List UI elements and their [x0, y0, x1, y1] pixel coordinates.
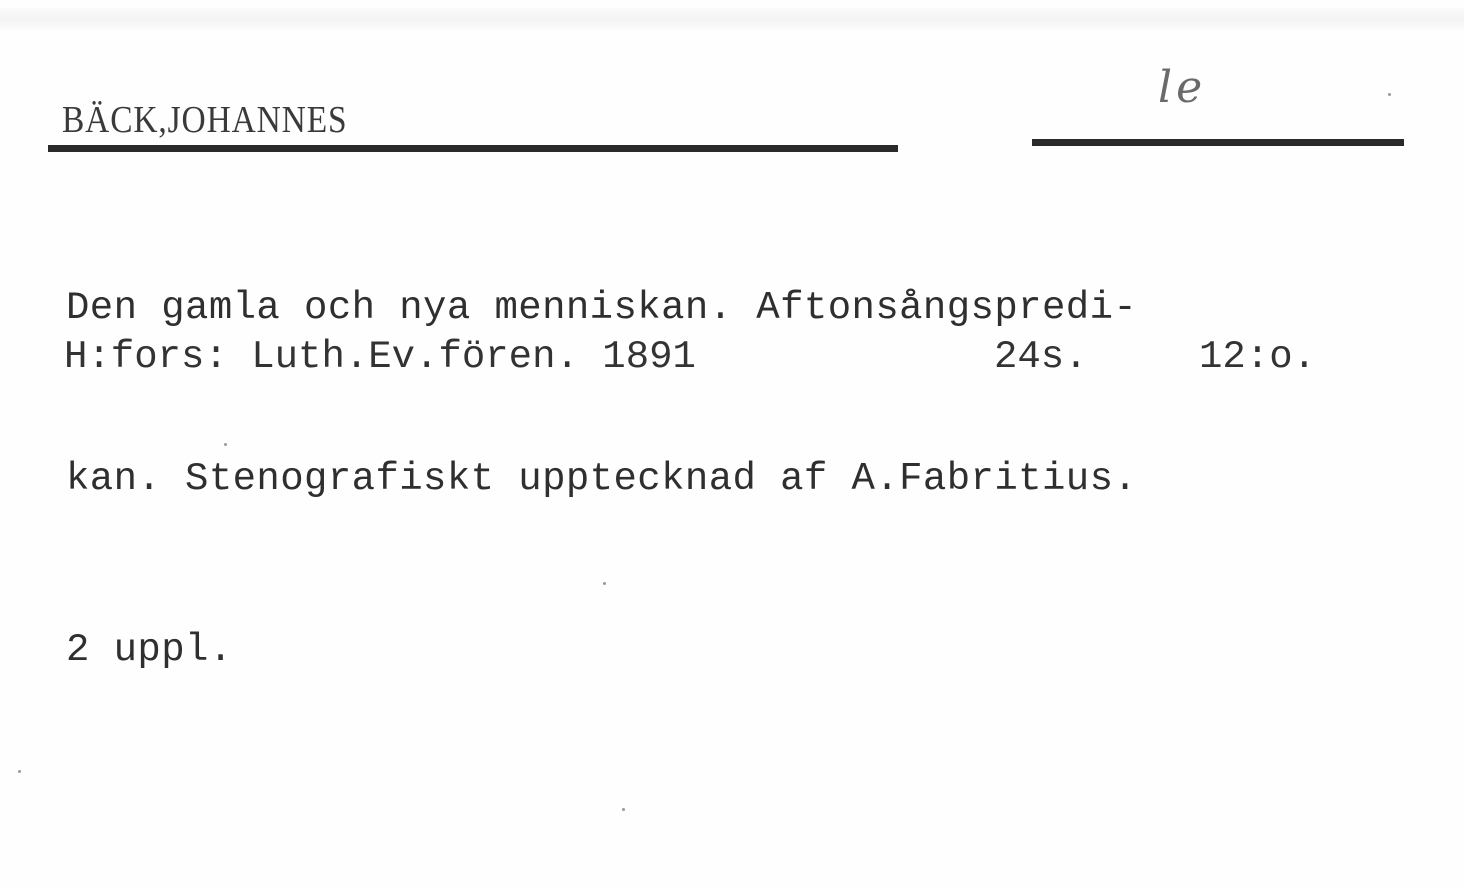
shelf-mark: le — [1158, 62, 1206, 113]
book-format: 12:o. — [1199, 333, 1316, 381]
paper-speck — [224, 443, 227, 446]
card-edge-smudge — [0, 8, 1464, 30]
page-count: 24s. — [994, 333, 1199, 381]
paper-speck — [1388, 93, 1391, 96]
title-block: Den gamla och nya menniskan. Aftonsångsp… — [66, 166, 1137, 793]
paper-speck — [603, 582, 606, 585]
paper-speck — [622, 808, 625, 811]
heading-rule — [48, 145, 898, 152]
title-line-2: kan. Stenografiskt upptecknad af A.Fabri… — [66, 451, 1137, 508]
paper-speck — [18, 770, 21, 773]
catalog-card: BÄCK,JOHANNES le Den gamla och nya menni… — [0, 0, 1464, 888]
title-line-1: Den gamla och nya menniskan. Aftonsångsp… — [66, 280, 1137, 337]
author-heading: BÄCK,JOHANNES — [62, 98, 347, 142]
shelf-mark-rule — [1032, 139, 1404, 146]
imprint-line: H:fors: Luth.Ev.fören. 1891 24s. 12:o. — [64, 333, 1316, 381]
edition-line: 2 uppl. — [66, 622, 1137, 679]
publisher-info: H:fors: Luth.Ev.fören. 1891 — [64, 333, 994, 381]
